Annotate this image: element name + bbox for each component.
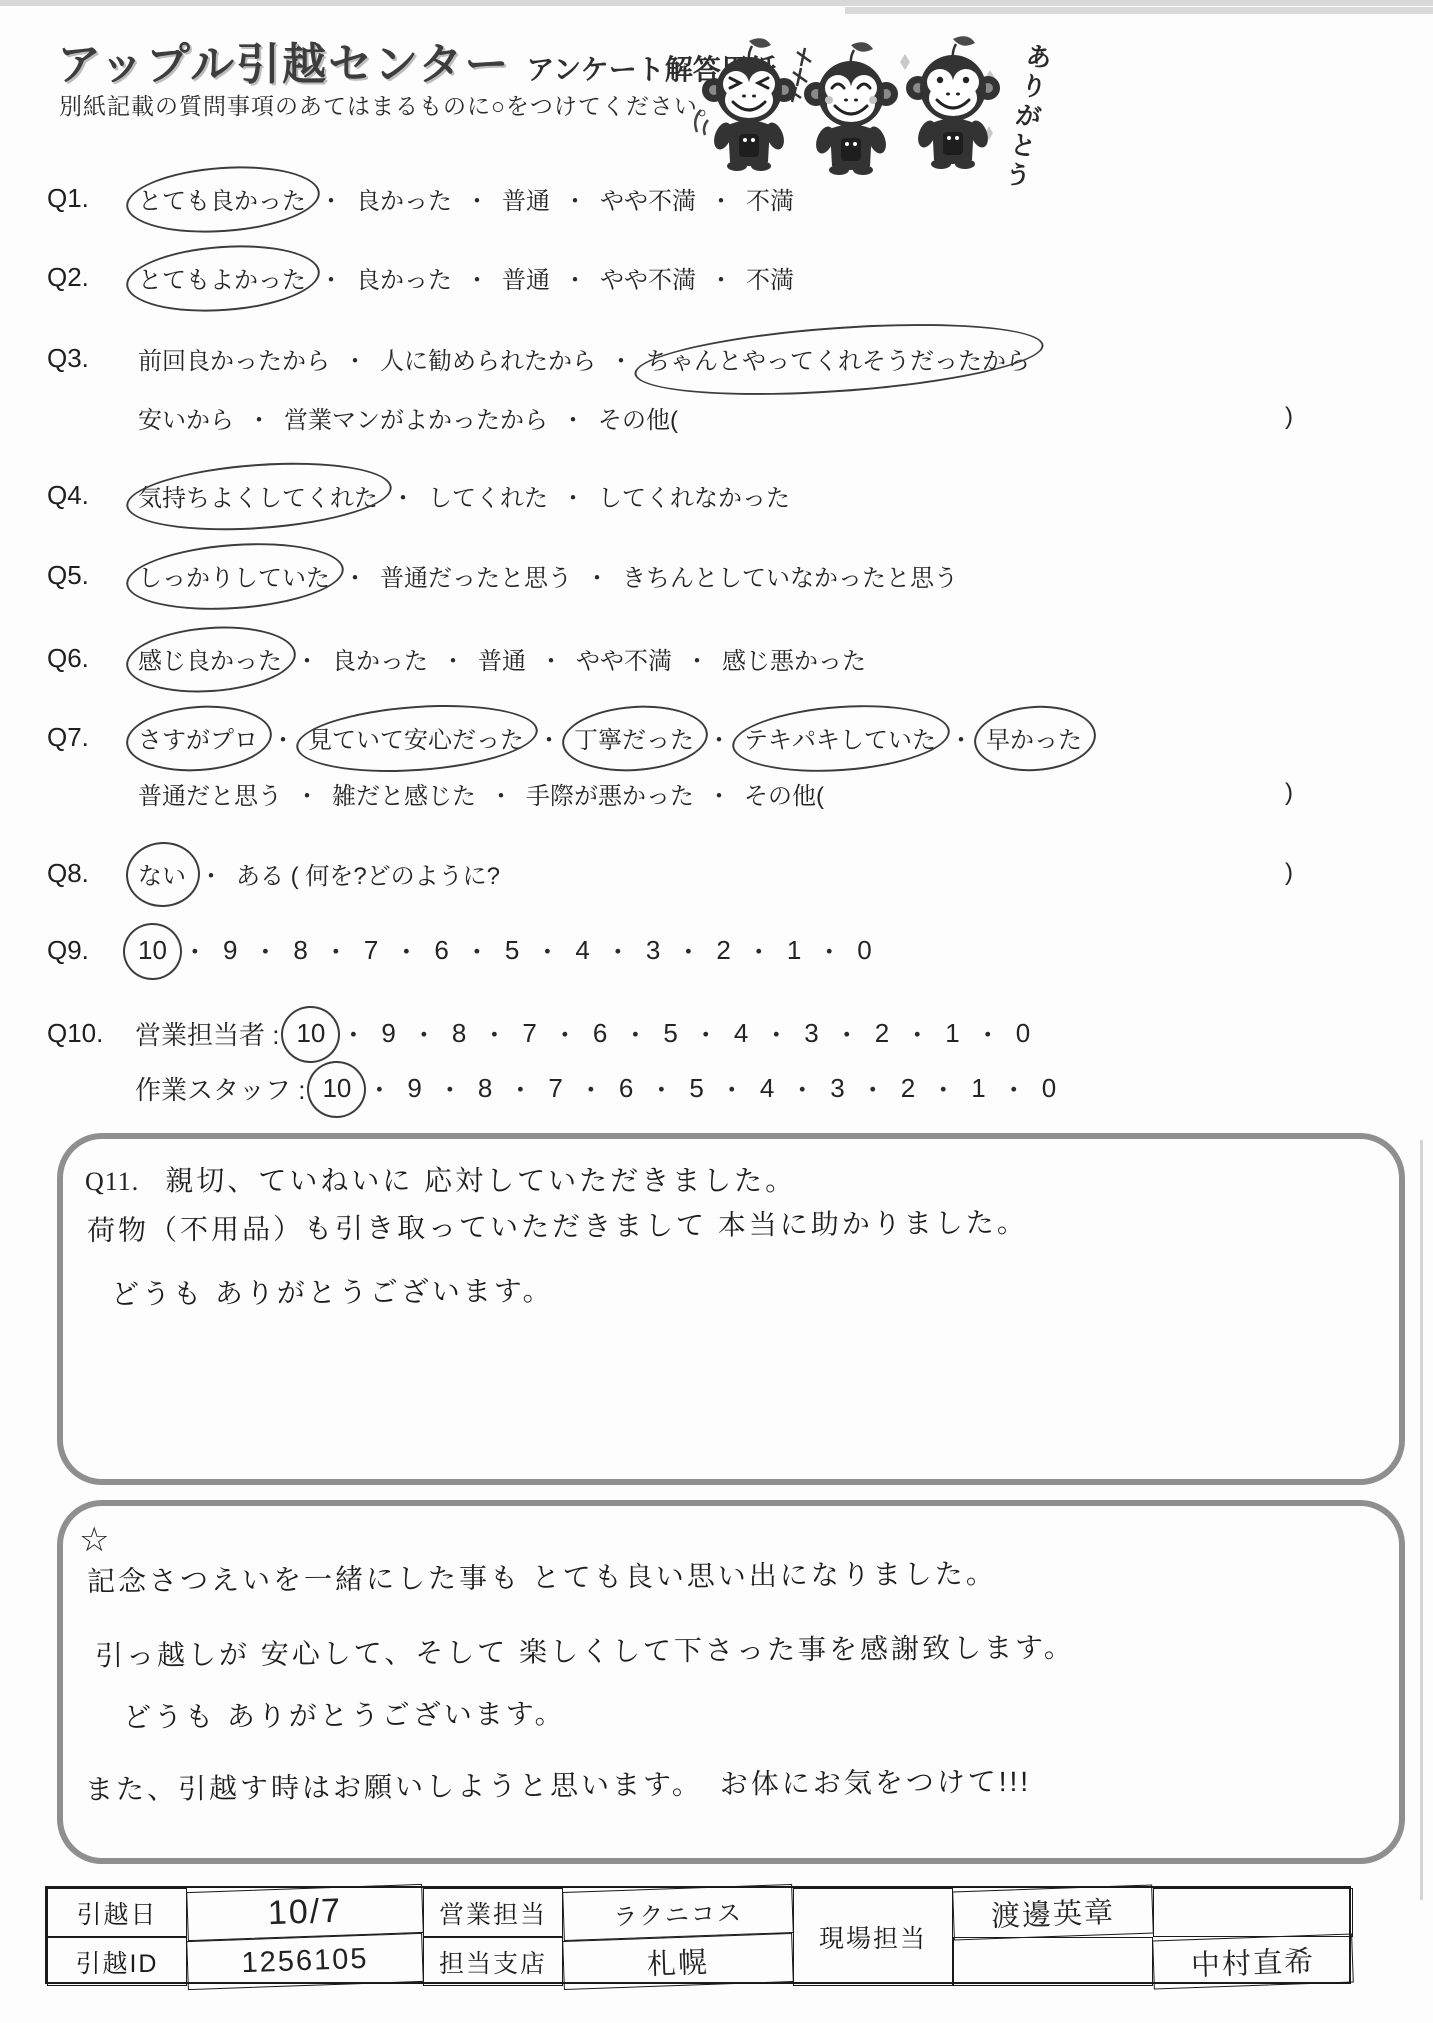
option: 1 xyxy=(942,1017,962,1050)
option: 安いから xyxy=(135,399,237,436)
branch-label: 担当支店 xyxy=(423,1937,563,1986)
q11-label: Q11. xyxy=(85,1167,139,1196)
option-circled: ちゃんとやってくれそうだったから xyxy=(643,340,1033,377)
option-separator: ・ xyxy=(437,1070,463,1107)
option-separator: ・ xyxy=(537,720,561,755)
option-circled: とてもよかった xyxy=(135,259,309,296)
question-row: Q3.前回良かったから・人に勧められたから・ちゃんとやってくれそうだったから xyxy=(47,338,1393,378)
option: 2 xyxy=(898,1072,918,1105)
option-separator: ・ xyxy=(343,341,367,376)
option-separator: ・ xyxy=(648,1070,674,1107)
option: 4 xyxy=(757,1072,777,1105)
option: 良かった xyxy=(329,640,431,677)
close-paren: ) xyxy=(1285,403,1293,431)
option: 1 xyxy=(968,1072,988,1105)
monkeys-svg xyxy=(693,30,1003,180)
question-row: Q4.気持ちよくしてくれた・してくれた・してくれなかった xyxy=(47,475,1393,515)
option-circled: とても良かった xyxy=(135,180,309,217)
option-separator: ・ xyxy=(271,720,295,755)
option-separator: ・ xyxy=(319,181,343,216)
option-separator: ・ xyxy=(709,260,733,295)
move-date-label: 引越日 xyxy=(47,1888,187,1937)
option: 普通だと思う xyxy=(135,775,285,812)
option-separator: ・ xyxy=(816,932,842,969)
option: してくれた xyxy=(425,477,551,514)
rating-target-label: 作業スタッフ : xyxy=(135,1070,305,1107)
option-separator: ・ xyxy=(393,932,419,969)
move-date-value: 10/7 xyxy=(186,1884,424,1941)
option: 0 xyxy=(1039,1072,1059,1105)
instruction-text: 別紙記載の質問事項のあてはまるものに○をつけてください。 xyxy=(59,88,722,121)
option-separator: ・ xyxy=(295,776,319,811)
option-separator: ・ xyxy=(489,776,513,811)
option-circled: テキパキしていた xyxy=(741,719,939,756)
option: 普通 xyxy=(499,180,553,217)
option-circled: 丁寧だった xyxy=(571,719,697,756)
scanned-survey-page: { "header": { "brand": "アップル引越センター", "fo… xyxy=(0,0,1433,2023)
footer-info-table: 引越日 10/7 営業担当 ラクニコス 現場担当 渡邊英章 引越ID 12561… xyxy=(45,1886,1351,1984)
question-row: Q10.営業担当者 :10・9・8・7・6・5・4・3・2・1・0 xyxy=(47,1013,1393,1053)
option: 1 xyxy=(784,934,804,967)
option-separator: ・ xyxy=(949,720,973,755)
question-row-continued: 作業スタッフ :10・9・8・7・6・5・4・3・2・1・0 xyxy=(47,1068,1393,1108)
option: 8 xyxy=(475,1072,495,1105)
option: 良かった xyxy=(353,180,455,217)
option: 手際が悪かった xyxy=(523,775,697,812)
option: 9 xyxy=(404,1072,424,1105)
option: 4 xyxy=(572,934,592,967)
option-separator: ・ xyxy=(563,260,587,295)
star-icon: ☆ xyxy=(79,1520,109,1560)
option: 8 xyxy=(449,1017,469,1050)
empty-cell xyxy=(953,1937,1153,1986)
option-separator: ・ xyxy=(860,1070,886,1107)
option-separator: ・ xyxy=(507,1070,533,1107)
branch-value: 札幌 xyxy=(562,1933,794,1990)
option-circled: 見ていて安心だった xyxy=(305,719,527,756)
question-row: Q7.さすがプロ・見ていて安心だった・丁寧だった・テキパキしていた・早かった xyxy=(47,717,1393,757)
option-separator: ・ xyxy=(534,932,560,969)
option-separator: ・ xyxy=(1001,1070,1027,1107)
question-row: Q9.10・9・8・7・6・5・4・3・2・1・0 xyxy=(47,930,1393,970)
option: 前回良かったから xyxy=(135,340,333,377)
option: 普通 xyxy=(499,259,553,296)
question-row: Q8.ない・ある ( 何を?どのように?) xyxy=(47,853,1393,893)
option-separator: ・ xyxy=(585,558,609,593)
question-row: Q2.とてもよかった・良かった・普通・やや不満・不満 xyxy=(47,257,1393,297)
handwritten-text: 親切、ていねいに 応対していただきました。 xyxy=(165,1165,796,1196)
option: 人に勧められたから xyxy=(377,340,599,377)
option-separator: ・ xyxy=(465,181,489,216)
brand-title: アップル引越センター xyxy=(57,40,510,89)
close-paren: ) xyxy=(1285,859,1293,887)
option-separator: ・ xyxy=(465,260,489,295)
option-separator: ・ xyxy=(323,932,349,969)
option: 6 xyxy=(616,1072,636,1105)
option-separator: ・ xyxy=(746,932,772,969)
option-separator: ・ xyxy=(295,641,319,676)
option-separator: ・ xyxy=(789,1070,815,1107)
extra-comment-box: ☆ 記念さつえいを一緒にした事も とても良い思い出になりました。 引っ越しが 安… xyxy=(57,1500,1405,1864)
option: ある ( 何を?どのように? xyxy=(233,855,503,892)
option-separator: ・ xyxy=(685,641,709,676)
scan-artifact-top xyxy=(0,0,1433,6)
question-label: Q4. xyxy=(47,480,135,511)
option-separator: ・ xyxy=(441,641,465,676)
option-separator: ・ xyxy=(675,932,701,969)
option: 0 xyxy=(854,934,874,967)
option: その他( xyxy=(741,775,827,812)
option-separator: ・ xyxy=(622,1015,648,1052)
option: 感じ悪かった xyxy=(719,640,869,677)
monkey-2-icon xyxy=(804,42,898,175)
option: 5 xyxy=(660,1017,680,1050)
option: してくれなかった xyxy=(595,477,793,514)
question-label: Q1. xyxy=(47,183,135,214)
q11-comment-box: Q11.親切、ていねいに 応対していただきました。 荷物（不用品）も引き取ってい… xyxy=(57,1133,1405,1485)
move-id-value: 1256105 xyxy=(186,1933,424,1990)
option-separator: ・ xyxy=(247,400,271,435)
option-separator: ・ xyxy=(182,932,208,969)
option: 2 xyxy=(872,1017,892,1050)
option-separator: ・ xyxy=(464,932,490,969)
monkey-1-icon xyxy=(702,38,796,171)
question-row: Q5.しっかりしていた・普通だったと思う・きちんとしていなかったと思う xyxy=(47,555,1393,595)
option: 普通だったと思う xyxy=(377,557,575,594)
option: 3 xyxy=(643,934,663,967)
option-separator: ・ xyxy=(563,181,587,216)
option-separator: ・ xyxy=(975,1015,1001,1052)
option-circled: 気持ちよくしてくれた xyxy=(135,477,381,514)
option: 7 xyxy=(361,934,381,967)
option: 営業マンがよかったから xyxy=(281,399,551,436)
option-separator: ・ xyxy=(707,776,731,811)
question-label: Q2. xyxy=(47,262,135,293)
move-id-label: 引越ID xyxy=(47,1937,187,1986)
option-separator: ・ xyxy=(719,1070,745,1107)
question-label: Q8. xyxy=(47,858,135,889)
option-separator: ・ xyxy=(252,932,278,969)
question-label: Q3. xyxy=(47,343,135,374)
option: 2 xyxy=(713,934,733,967)
option-circled: 早かった xyxy=(983,719,1085,756)
option: その他( xyxy=(595,399,681,436)
option: 3 xyxy=(801,1017,821,1050)
question-label: Q5. xyxy=(47,560,135,591)
option: 雑だと感じた xyxy=(329,775,479,812)
option-separator: ・ xyxy=(561,400,585,435)
rating-target-label: 営業担当者 : xyxy=(135,1015,279,1052)
option-separator: ・ xyxy=(391,478,415,513)
close-paren: ) xyxy=(1285,779,1293,807)
motion-lines-icon xyxy=(695,110,701,132)
handwritten-text: 荷物（不用品）も引き取っていただきまして 本当に助かりました。 xyxy=(87,1201,1028,1249)
question-row: Q6.感じ良かった・良かった・普通・やや不満・感じ悪かった xyxy=(47,638,1393,678)
question-label: Q7. xyxy=(47,722,135,753)
option: 不満 xyxy=(743,180,797,217)
option-circled: しっかりしていた xyxy=(135,557,333,594)
question-row-continued: 安いから・営業マンがよかったから・その他() xyxy=(47,397,1393,437)
option-circled: 10 xyxy=(319,1072,354,1105)
option-circled: ない xyxy=(135,855,189,892)
option-separator: ・ xyxy=(578,1070,604,1107)
option-separator: ・ xyxy=(763,1015,789,1052)
option-separator: ・ xyxy=(693,1015,719,1052)
option: 5 xyxy=(686,1072,706,1105)
option-circled: 感じ良かった xyxy=(135,640,285,677)
option-separator: ・ xyxy=(319,260,343,295)
option-circled: 10 xyxy=(293,1017,328,1050)
q11-line: Q11.親切、ていねいに 応対していただきました。 xyxy=(85,1159,796,1199)
option: 9 xyxy=(378,1017,398,1050)
option-separator: ・ xyxy=(709,181,733,216)
option-separator: ・ xyxy=(481,1015,507,1052)
option: 普通 xyxy=(475,640,529,677)
option-separator: ・ xyxy=(411,1015,437,1052)
option-separator: ・ xyxy=(605,932,631,969)
option-separator: ・ xyxy=(552,1015,578,1052)
option: 9 xyxy=(220,934,240,967)
option: 0 xyxy=(1013,1017,1033,1050)
option: やや不満 xyxy=(573,640,675,677)
option: やや不満 xyxy=(597,180,699,217)
handwritten-text: 引っ越しが 安心して、そして 楽しくして下さった事を感謝致します。 xyxy=(95,1626,1075,1675)
option-separator: ・ xyxy=(609,341,633,376)
scan-artifact-right-edge xyxy=(1420,1140,1423,1900)
question-row: Q1.とても良かった・良かった・普通・やや不満・不満 xyxy=(47,178,1393,218)
handwritten-text: どうも ありがとうございます。 xyxy=(111,1269,554,1313)
option-circled: 10 xyxy=(135,934,170,967)
option-separator: ・ xyxy=(904,1015,930,1052)
option: 5 xyxy=(502,934,522,967)
option-separator: ・ xyxy=(366,1070,392,1107)
option: きちんとしていなかったと思う xyxy=(619,557,961,594)
question-label: Q9. xyxy=(47,935,135,966)
option-separator: ・ xyxy=(834,1015,860,1052)
option: 6 xyxy=(431,934,451,967)
sales-rep-label: 営業担当 xyxy=(423,1888,563,1937)
option-separator: ・ xyxy=(343,558,367,593)
option-separator: ・ xyxy=(340,1015,366,1052)
option: 4 xyxy=(731,1017,751,1050)
option-separator: ・ xyxy=(930,1070,956,1107)
option-separator: ・ xyxy=(539,641,563,676)
option: やや不満 xyxy=(597,259,699,296)
handwritten-text: どうも ありがとうございます。 xyxy=(123,1692,566,1736)
site-staff-name-1: 渡邊英章 xyxy=(952,1885,1154,1941)
handwritten-text: また、引越す時はお願いしようと思います。 お体にお気をつけて!!! xyxy=(85,1760,1031,1808)
option: 7 xyxy=(519,1017,539,1050)
site-staff-name-2: 中村直希 xyxy=(1152,1934,1354,1990)
question-row-continued: 普通だと思う・雑だと感じた・手際が悪かった・その他() xyxy=(47,773,1393,813)
option: 不満 xyxy=(743,259,797,296)
option: 6 xyxy=(590,1017,610,1050)
question-label: Q6. xyxy=(47,643,135,674)
option-separator: ・ xyxy=(199,856,223,891)
sales-rep-value: ラクニコス xyxy=(562,1884,794,1941)
scan-artifact-top-right xyxy=(845,7,1433,14)
monkey-3-icon xyxy=(906,36,1000,169)
site-staff-label: 現場担当 xyxy=(793,1888,953,1986)
option-separator: ・ xyxy=(707,720,731,755)
mascot-monkeys-illustration xyxy=(693,30,1003,185)
option: 3 xyxy=(827,1072,847,1105)
question-label: Q10. xyxy=(47,1018,135,1049)
option-separator: ・ xyxy=(561,478,585,513)
option-circled: さすがプロ xyxy=(135,719,261,756)
option: 8 xyxy=(290,934,310,967)
option: 良かった xyxy=(353,259,455,296)
empty-cell xyxy=(1153,1888,1353,1937)
option: 7 xyxy=(545,1072,565,1105)
header: アップル引越センターアンケート解答用紙 xyxy=(57,28,777,92)
handwritten-text: 記念さつえいを一緒にした事も とても良い思い出になりました。 xyxy=(87,1552,997,1600)
